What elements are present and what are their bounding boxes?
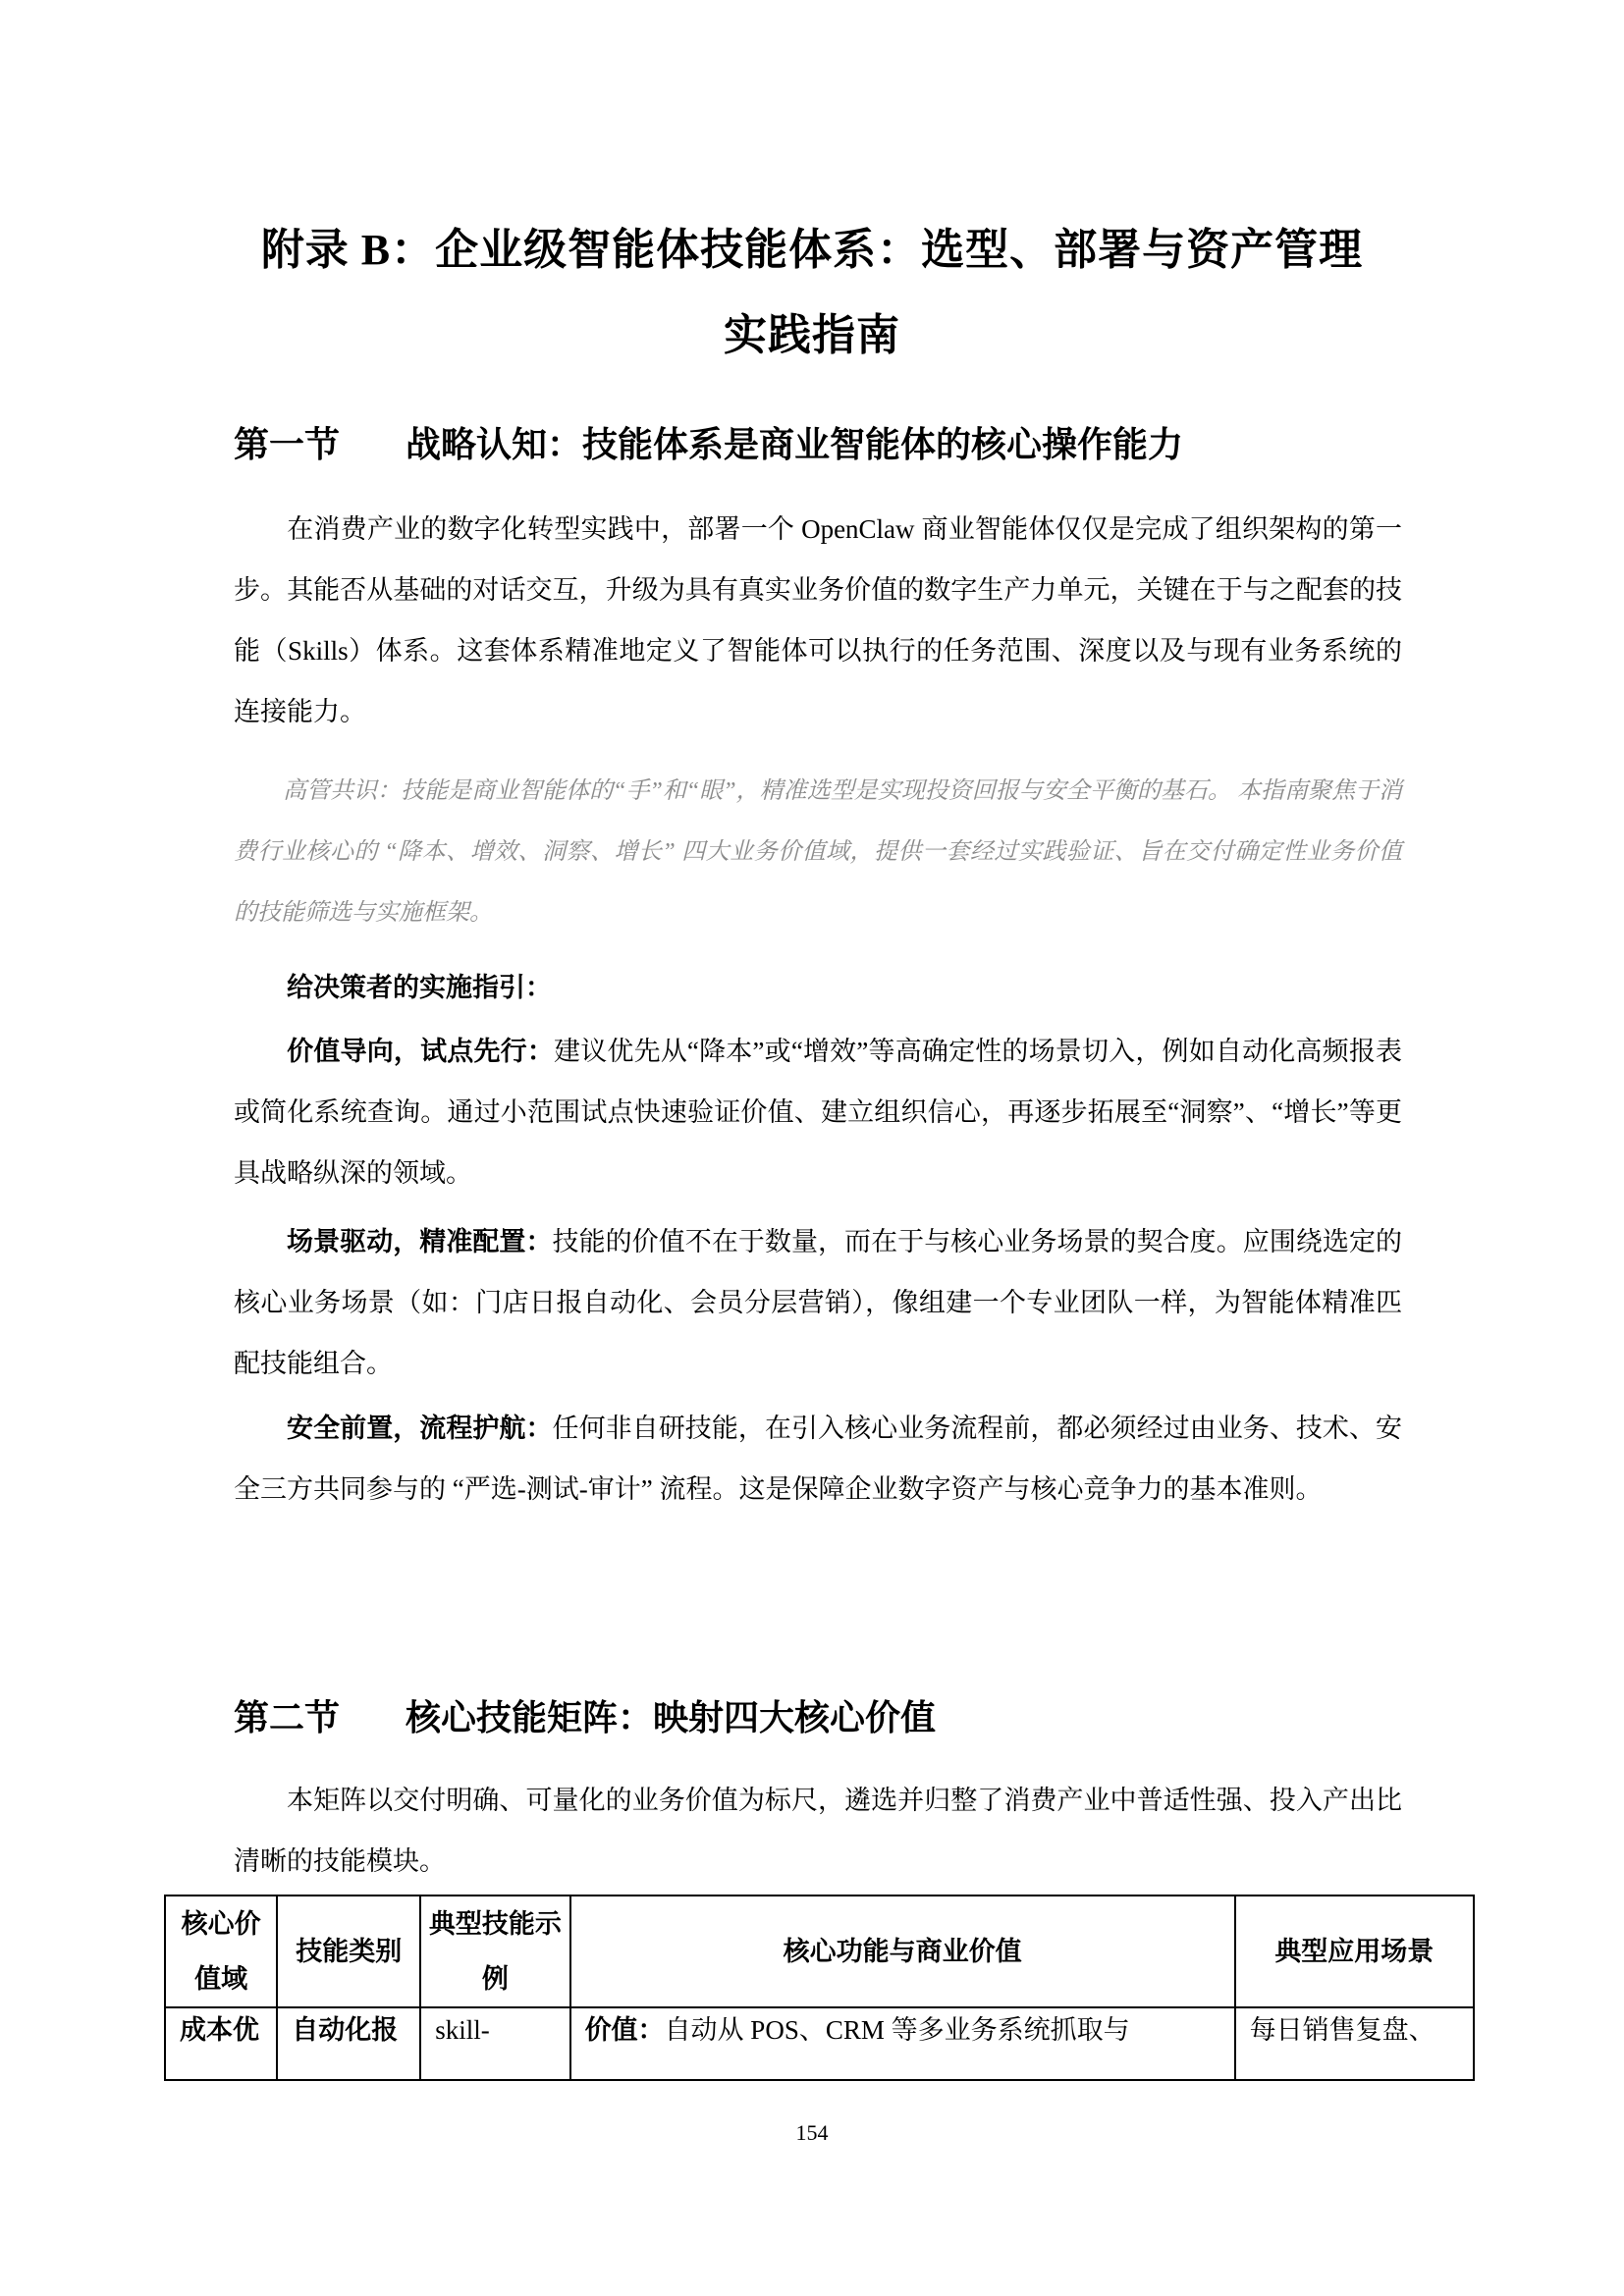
cell-domain: 成本优 <box>165 2007 277 2080</box>
guidance-label: 场景驱动，精准配置： <box>287 1227 553 1256</box>
section2-heading: 第二节核心技能矩阵：映射四大核心价值 <box>234 1690 936 1740</box>
table-row: 成本优 自动化报 skill- 价值：自动从 POS、CRM 等多业务系统抓取与… <box>165 2007 1474 2080</box>
cell-value-text: 自动从 POS、CRM 等多业务系统抓取与 <box>665 2015 1130 2045</box>
executive-consensus-text: 高管共识：技能是商业智能体的“手”和“眼”，精准选型是实现投资回报与安全平衡的基… <box>234 778 1402 926</box>
cell-value: 价值：自动从 POS、CRM 等多业务系统抓取与 <box>570 2007 1235 2080</box>
section1-number: 第一节 <box>234 417 406 467</box>
section2-number: 第二节 <box>234 1690 406 1740</box>
guidance-item-value-first: 价值导向，试点先行：建议优先从“降本”或“增效”等高确定性的场景切入，例如自动化… <box>234 1021 1402 1203</box>
core-skill-matrix-table: 核心价值域 技能类别 典型技能示例 核心功能与商业价值 典型应用场景 成本优 自… <box>164 1895 1475 2081</box>
page-number: 154 <box>0 2120 1624 2146</box>
document-page: 附录 B：企业级智能体技能体系：选型、部署与资产管理 实践指南 第一节战略认知：… <box>0 0 1624 2296</box>
cell-value-label: 价值： <box>585 2015 665 2045</box>
header-core-value-domain: 核心价值域 <box>165 1896 277 2007</box>
section1-intro-paragraph: 在消费产业的数字化转型实践中，部署一个 OpenClaw 商业智能体仅仅是完成了… <box>234 499 1402 742</box>
header-core-function-value: 核心功能与商业价值 <box>570 1896 1235 2007</box>
executive-consensus-note: 高管共识：技能是商业智能体的“手”和“眼”，精准选型是实现投资回报与安全平衡的基… <box>234 761 1402 943</box>
cell-category: 自动化报 <box>277 2007 420 2080</box>
table-header-row: 核心价值域 技能类别 典型技能示例 核心功能与商业价值 典型应用场景 <box>165 1896 1474 2007</box>
header-application-scenario: 典型应用场景 <box>1235 1896 1474 2007</box>
header-skill-category: 技能类别 <box>277 1896 420 2007</box>
section1-heading: 第一节战略认知：技能体系是商业智能体的核心操作能力 <box>234 417 1183 467</box>
guidance-item-scenario-driven: 场景驱动，精准配置：技能的价值不在于数量，而在于与核心业务场景的契合度。应围绕选… <box>234 1211 1402 1394</box>
section1-intro-text: 在消费产业的数字化转型实践中，部署一个 OpenClaw 商业智能体仅仅是完成了… <box>234 514 1402 726</box>
section2-intro-paragraph: 本矩阵以交付明确、可量化的业务价值为标尺，遴选并归整了消费产业中普适性强、投入产… <box>234 1770 1402 1892</box>
guidance-label: 安全前置，流程护航： <box>287 1414 553 1443</box>
header-skill-example: 典型技能示例 <box>420 1896 569 2007</box>
guidance-item-security-first: 安全前置，流程护航：任何非自研技能，在引入核心业务流程前，都必须经过由业务、技术… <box>234 1398 1402 1520</box>
guidance-heading: 给决策者的实施指引： <box>234 957 1402 1018</box>
cell-scenario: 每日销售复盘、 <box>1235 2007 1474 2080</box>
document-title-line1: 附录 B：企业级智能体技能体系：选型、部署与资产管理 <box>0 214 1624 277</box>
section1-title: 战略认知：技能体系是商业智能体的核心操作能力 <box>406 425 1183 464</box>
guidance-label: 价值导向，试点先行： <box>287 1037 554 1066</box>
section2-intro-text: 本矩阵以交付明确、可量化的业务价值为标尺，遴选并归整了消费产业中普适性强、投入产… <box>234 1786 1402 1876</box>
section2-title: 核心技能矩阵：映射四大核心价值 <box>406 1698 936 1737</box>
document-title-line2: 实践指南 <box>0 299 1624 362</box>
guidance-heading-text: 给决策者的实施指引： <box>287 973 552 1002</box>
cell-example: skill- <box>420 2007 569 2080</box>
